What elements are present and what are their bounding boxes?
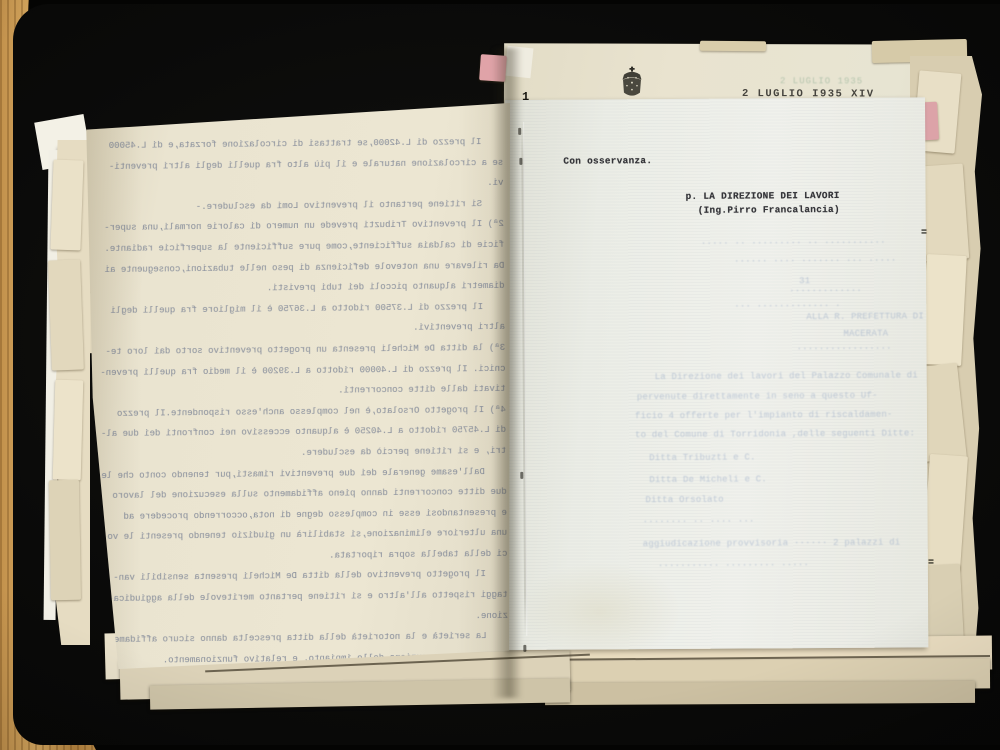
- bleedthrough-line: La Direzione dei lavori del Palazzo Comu…: [655, 370, 918, 382]
- bleedthrough-line: MACERATA: [843, 329, 888, 339]
- bleedthrough-line: 31: [799, 276, 810, 286]
- torn-fragment: [50, 160, 83, 251]
- bleedthrough-line: Ditta Orsolato: [645, 495, 723, 505]
- bleedthrough-line: ··· ············· ·: [734, 301, 840, 312]
- crease-nick: [523, 645, 526, 652]
- left-mirrored-page: Il prezzo di L.42000,se trattasi di circ…: [82, 96, 510, 676]
- page-number-mark: 1: [522, 90, 529, 104]
- signature-organization: p. LA DIREZIONE DEI LAVORI: [686, 190, 840, 202]
- torn-fragment: [922, 454, 968, 571]
- bleedthrough-line: ········ ·· ···· ···: [643, 516, 755, 527]
- bleedthrough-line: to del Comune di Torridonia ,delle segue…: [635, 429, 915, 441]
- bleedthrough-line: ·················: [796, 344, 891, 355]
- faint-date-stamp: 2 LUGLIO 1935: [780, 76, 863, 86]
- gutter-shadow: [492, 48, 522, 698]
- bleedthrough-line: ······ ···· ······· ··· ·····: [734, 256, 896, 267]
- bottom-sheet-edge: [545, 681, 975, 705]
- mirrored-typescript-block: Il prezzo di L.42000,se trattasi di circ…: [89, 132, 509, 672]
- ink-mark-equals: =: [928, 558, 934, 569]
- right-letter-page: Con osservanza. p. LA DIREZIONE DEI LAVO…: [505, 97, 928, 650]
- top-center-paper-tab: [700, 41, 766, 51]
- torn-fragment: [53, 380, 84, 481]
- ink-mark-equals: =: [921, 228, 927, 239]
- bleedthrough-line: ····· ·· ········· ·· ···········: [701, 238, 886, 249]
- paper-stain: [528, 539, 709, 660]
- torn-fragment: [921, 254, 967, 366]
- closing-salutation: Con osservanza.: [563, 155, 652, 167]
- vertical-fold-crease: [521, 122, 527, 636]
- bleedthrough-line: pervenute direttamente in seno a questo …: [637, 391, 878, 402]
- bleedthrough-line: Ditta Tribuzti e C.: [649, 452, 755, 463]
- typed-line: taggi rispetto all'altro e si ritiene pe…: [94, 585, 508, 610]
- torn-fragment: [49, 480, 81, 601]
- bleedthrough-line: ficio 4 offerte per l'impianto di riscal…: [635, 410, 893, 422]
- signature-name: (Ing.Pirro Francalancia): [698, 204, 840, 216]
- photo-scene: 2 LUGLIO 1935 2 LUGLIO I935 XIV Con osse…: [0, 0, 1000, 750]
- bleedthrough-line: ALLA R. PREFETTURA DI: [806, 311, 924, 322]
- bleedthrough-line: ··········· ········· ·····: [658, 560, 809, 571]
- bleedthrough-line: aggiudicazione provvisoria ······ 2 pala…: [643, 538, 901, 550]
- bleedthrough-line: ·············: [789, 286, 862, 296]
- bleedthrough-line: Ditta De Micheli e C.: [649, 474, 767, 485]
- torn-fragment: [48, 259, 84, 370]
